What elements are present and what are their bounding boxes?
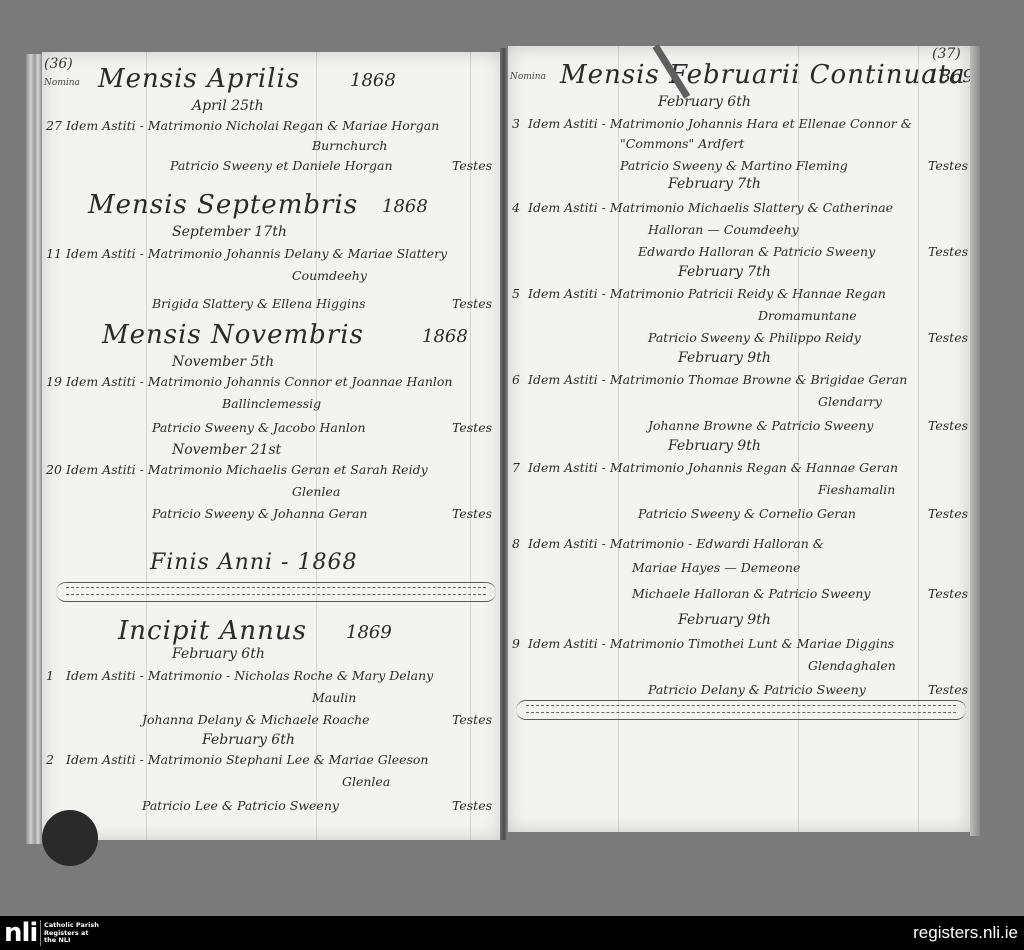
- entry-number: 8: [512, 536, 520, 551]
- entry-line: Idem Astiti - Matrimonio Nicholai Regan …: [66, 118, 439, 133]
- section-heading: Mensis Aprilis: [98, 64, 300, 94]
- entry-date: February 9th: [678, 350, 771, 366]
- entry-number: 4: [512, 200, 520, 215]
- footer-bar: nli Catholic Parish Registers at the NLI…: [0, 916, 1024, 950]
- witness-label: Testes: [928, 682, 968, 697]
- entry-line: Idem Astiti - Matrimonio Johannis Hara e…: [528, 116, 912, 131]
- entry-residence: Maulin: [312, 690, 356, 705]
- entry-line: Idem Astiti - Matrimonio Michaelis Slatt…: [528, 200, 893, 215]
- decorative-flourish: [516, 700, 966, 720]
- finis-anni: Finis Anni - 1868: [150, 550, 357, 575]
- entry-witnesses: Johanne Browne & Patricio Sweeny: [648, 418, 873, 433]
- entry-witnesses: Edwardo Halloran & Patricio Sweeny: [638, 244, 875, 259]
- entry-date: February 9th: [678, 612, 771, 628]
- entry-number: 11: [46, 246, 62, 261]
- entry-date: February 6th: [658, 94, 751, 110]
- entry-date: February 7th: [678, 264, 771, 280]
- entry-line: Idem Astiti - Matrimonio Stephani Lee & …: [66, 752, 429, 767]
- entry-number: 19: [46, 374, 62, 389]
- entry-date: February 7th: [668, 176, 761, 192]
- site-url-link[interactable]: registers.nli.ie: [913, 923, 1018, 943]
- page-number: (36): [44, 56, 73, 72]
- entry-number: 7: [512, 460, 520, 475]
- entry-number: 1: [46, 668, 54, 683]
- entry-witnesses: Patricio Sweeny et Daniele Horgan: [170, 158, 393, 173]
- entry-witnesses: Patricio Sweeny & Cornelio Geran: [638, 506, 856, 521]
- page-year: 1869: [928, 66, 970, 87]
- entry-residence: Glendaghalen: [808, 658, 896, 673]
- entry-witnesses: Brigida Slattery & Ellena Higgins: [152, 296, 366, 311]
- entry-residence: Mariae Hayes — Demeone: [632, 560, 800, 575]
- entry-line: Idem Astiti - Matrimonio Timothei Lunt &…: [528, 636, 894, 651]
- witness-label: Testes: [452, 506, 492, 521]
- entry-residence: Ballinclemessig: [222, 396, 321, 411]
- witness-label: Testes: [928, 330, 968, 345]
- witness-label: Testes: [928, 158, 968, 173]
- witness-label: Testes: [452, 798, 492, 813]
- entry-witnesses: Michaele Halloran & Patricio Sweeny: [632, 586, 870, 601]
- section-year: 1868: [350, 70, 396, 91]
- witness-label: Testes: [452, 158, 492, 173]
- entry-number: 9: [512, 636, 520, 651]
- entry-date: February 6th: [172, 646, 265, 662]
- entry-witnesses: Patricio Sweeny & Martino Fleming: [620, 158, 848, 173]
- entry-date: September 17th: [172, 224, 287, 240]
- entry-residence: "Commons" Ardfert: [620, 136, 744, 151]
- entry-line: Idem Astiti - Matrimonio - Nicholas Roch…: [66, 668, 433, 683]
- image-viewer[interactable]: (36) Nomina Mensis Aprilis 1868 April 25…: [0, 0, 1024, 916]
- entry-residence: Dromamuntane: [758, 308, 857, 323]
- entry-line: Idem Astiti - Matrimonio Johannis Connor…: [66, 374, 452, 389]
- entry-number: 5: [512, 286, 520, 301]
- witness-label: Testes: [452, 420, 492, 435]
- entry-number: 27: [46, 118, 62, 133]
- entry-residence: Glenlea: [292, 484, 340, 499]
- witness-label: Testes: [928, 418, 968, 433]
- thumb-shadow: [42, 810, 98, 866]
- section-heading: Mensis Novembris: [102, 320, 364, 350]
- decorative-flourish: [56, 582, 496, 602]
- entry-residence: Coumdeehy: [292, 268, 367, 283]
- incipit-year: 1869: [346, 622, 392, 643]
- logo-divider: [40, 920, 41, 946]
- entry-line: Idem Astiti - Matrimonio Patricii Reidy …: [528, 286, 886, 301]
- book-binding: [26, 54, 42, 844]
- page-heading: Mensis Februarii Continuata: [560, 60, 966, 90]
- margin-label: Nomina: [44, 78, 80, 88]
- nli-logo[interactable]: nli: [4, 920, 37, 946]
- entry-witnesses: Patricio Lee & Patricio Sweeny: [142, 798, 339, 813]
- incipit-heading: Incipit Annus: [118, 616, 307, 646]
- witness-label: Testes: [928, 244, 968, 259]
- tagline-line: the NLI: [44, 937, 99, 945]
- entry-number: 3: [512, 116, 520, 131]
- entry-number: 2: [46, 752, 54, 767]
- book-gutter: [500, 48, 508, 840]
- entry-witnesses: Patricio Delany & Patricio Sweeny: [648, 682, 866, 697]
- section-heading: Mensis Septembris: [88, 190, 358, 220]
- entry-residence: Burnchurch: [312, 138, 387, 153]
- entry-line: Idem Astiti - Matrimonio - Edwardi Hallo…: [528, 536, 824, 551]
- entry-date: February 6th: [202, 732, 295, 748]
- entry-number: 20: [46, 462, 62, 477]
- entry-residence: Glendarry: [818, 394, 882, 409]
- right-page: (37) Nomina Mensis Februarii Continuata …: [508, 46, 970, 832]
- witness-label: Testes: [452, 712, 492, 727]
- section-year: 1868: [382, 196, 428, 217]
- entry-line: Idem Astiti - Matrimonio Michaelis Geran…: [66, 462, 428, 477]
- entry-line: Idem Astiti - Matrimonio Johannis Regan …: [528, 460, 898, 475]
- left-page: (36) Nomina Mensis Aprilis 1868 April 25…: [42, 52, 502, 840]
- entry-residence: Glenlea: [342, 774, 390, 789]
- entry-line: Idem Astiti - Matrimonio Thomae Browne &…: [528, 372, 907, 387]
- witness-label: Testes: [928, 506, 968, 521]
- entry-date: February 9th: [668, 438, 761, 454]
- witness-label: Testes: [452, 296, 492, 311]
- entry-witnesses: Patricio Sweeny & Jacobo Hanlon: [152, 420, 366, 435]
- entry-date: November 5th: [172, 354, 274, 370]
- entry-witnesses: Patricio Sweeny & Johanna Geran: [152, 506, 367, 521]
- entry-witnesses: Johanna Delany & Michaele Roache: [142, 712, 370, 727]
- entry-witnesses: Patricio Sweeny & Philippo Reidy: [648, 330, 861, 345]
- entry-residence: Halloran — Coumdeehy: [648, 222, 799, 237]
- margin-label: Nomina: [510, 72, 546, 82]
- entry-residence: Fieshamalin: [818, 482, 895, 497]
- section-year: 1868: [422, 326, 468, 347]
- witness-label: Testes: [928, 586, 968, 601]
- entry-date: November 21st: [172, 442, 281, 458]
- page-edge: [970, 46, 980, 836]
- entry-date: April 25th: [192, 98, 264, 114]
- entry-line: Idem Astiti - Matrimonio Johannis Delany…: [66, 246, 447, 261]
- nli-tagline: Catholic Parish Registers at the NLI: [44, 922, 99, 945]
- entry-number: 6: [512, 372, 520, 387]
